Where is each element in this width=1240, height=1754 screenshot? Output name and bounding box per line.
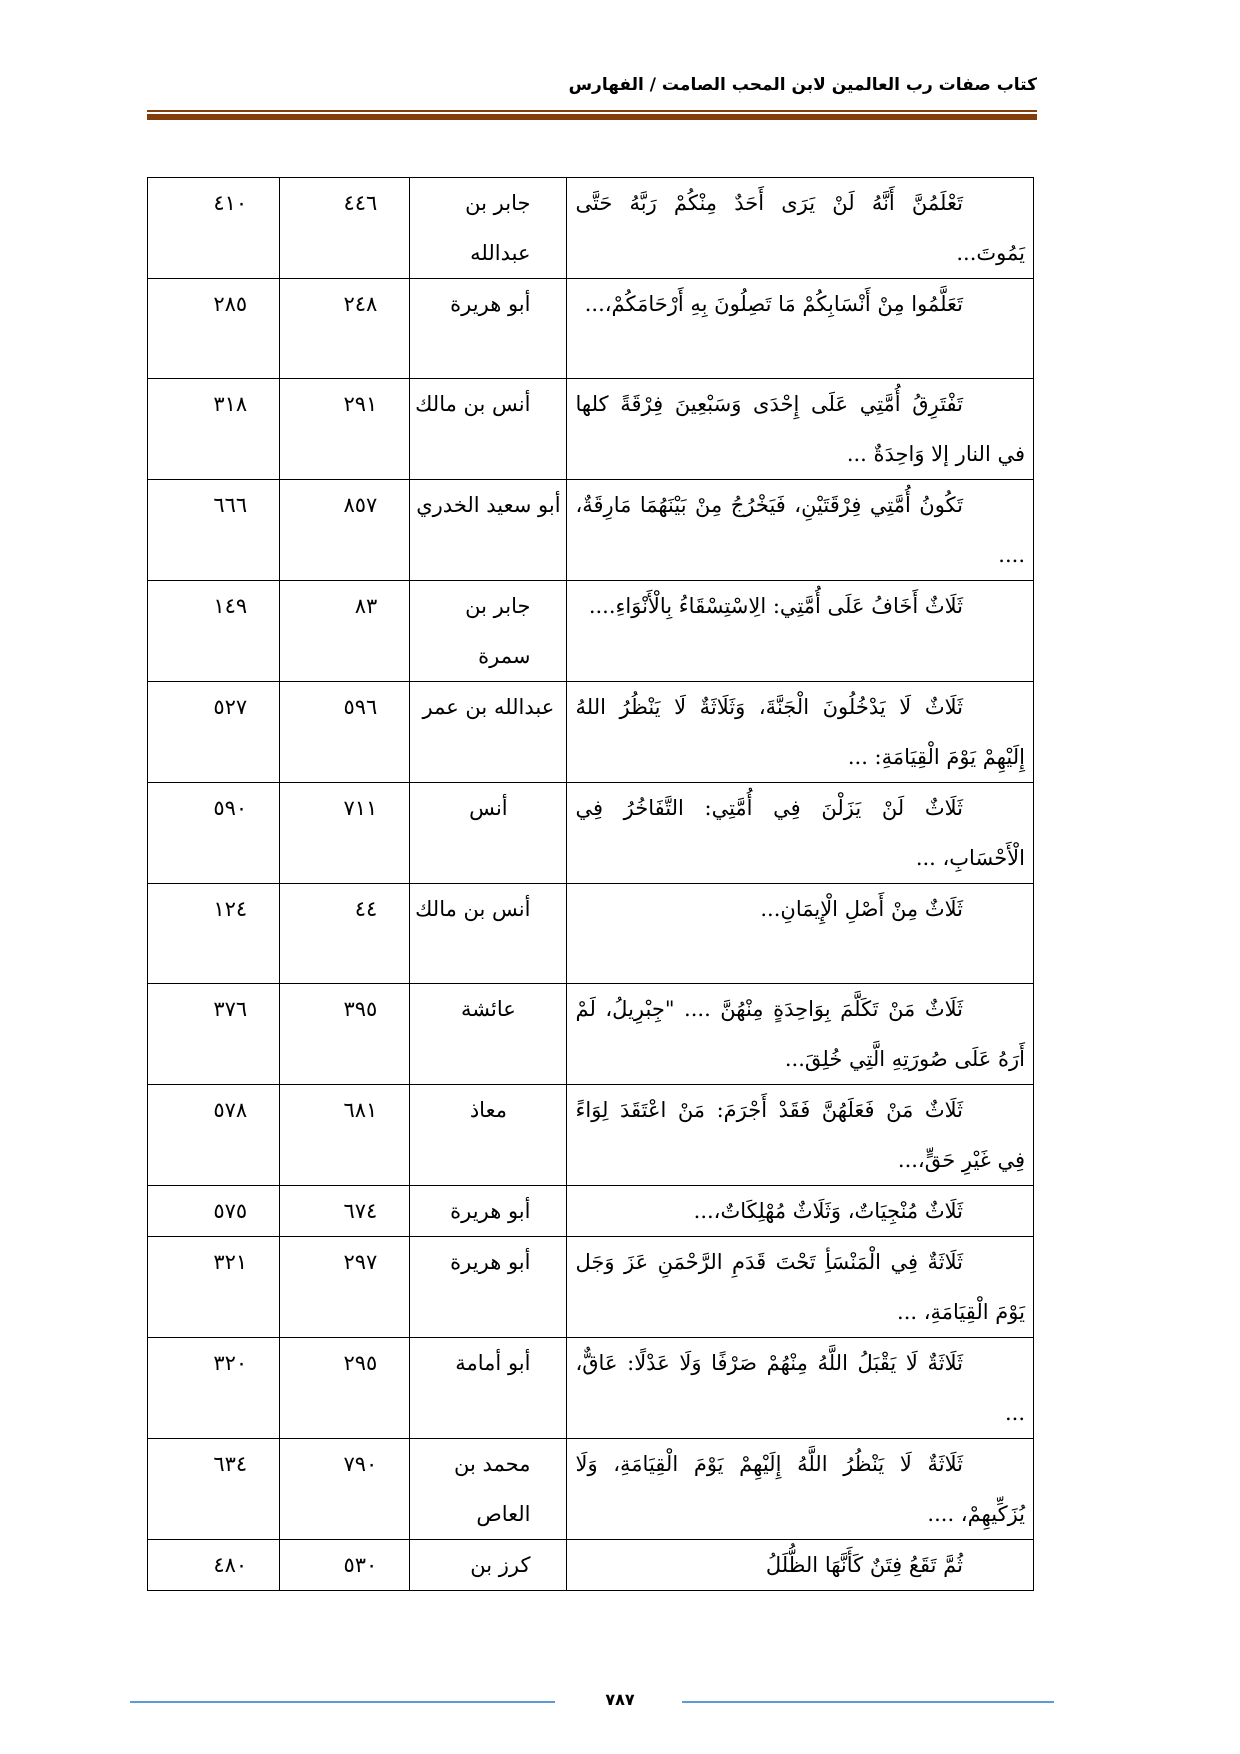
hadith-text: ثَلَاثَةٌ لَا يَقْبَلُ اللَّهُ مِنْهُمْ … [575,1351,1025,1425]
hadith-number: ٧٩٠ [343,1452,377,1476]
hadith-text: تَكُونُ أُمَّتِي فِرْقَتَيْنِ، فَيَخْرُج… [575,493,1025,567]
narrator-cell: عائشة [410,984,567,1085]
hadith-number: ٥٣٠ [343,1553,377,1577]
page-ref-cell: ٦٦٦ [148,480,280,581]
page-ref-cell: ٣٢١ [148,1237,280,1338]
hadith-number-cell: ٧١١ [280,783,410,884]
page-ref: ٤٨٠ [213,1553,247,1577]
narrator-cell: كرز بن [410,1540,567,1591]
page-ref-cell: ٣١٨ [148,379,280,480]
running-header-title: كتاب صفات رب العالمين لابن المحب الصامت … [147,72,1037,98]
page-ref-cell: ٤٨٠ [148,1540,280,1591]
narrator-name: معاذ [470,1098,507,1122]
hadith-number: ٢٩١ [343,392,377,416]
hadith-text: ثَلَاثٌ مَنْ فَعَلَهُنَّ فَقَدْ أَجْرَمَ… [575,1098,1025,1172]
page-ref: ٤١٠ [213,191,247,215]
hadith-text: ثَلَاثَةٌ لَا يَنْظُرُ اللَّهُ إِلَيْهِم… [575,1452,1025,1526]
hadith-number-cell: ٢٤٨ [280,279,410,379]
hadith-text: ثُمَّ تَقَعُ فِتَنٌ كَأَنَّهَا الظُّلَلُ [766,1553,963,1577]
narrator-name: عبدالله بن عمر [423,695,555,719]
page-footer: ٧٨٧ [0,1690,1240,1710]
page-ref: ١٤٩ [213,594,247,618]
narrator-name: أنس بن مالك [415,392,530,416]
page-ref-cell: ٥٢٧ [148,682,280,783]
hadith-number: ٦٧٤ [343,1199,377,1223]
page-ref: ١٢٤ [213,897,247,921]
hadith-text: تَعْلَمُنَّ أَنَّهُ لَنْ يَرَى أَحَدٌ مِ… [575,191,1025,265]
hadith-text-cell: ثُمَّ تَقَعُ فِتَنٌ كَأَنَّهَا الظُّلَلُ [567,1540,1034,1591]
hadith-number-cell: ٤٤ [280,884,410,984]
hadith-text-cell: تَعَلَّمُوا مِنْ أَنْسَابِكُمْ مَا تَصِل… [567,279,1034,379]
hadith-number-cell: ٧٩٠ [280,1439,410,1540]
page-ref: ٢٨٥ [213,292,247,316]
hadith-number: ٤٤٦ [343,191,377,215]
hadith-text: تَعَلَّمُوا مِنْ أَنْسَابِكُمْ مَا تَصِل… [585,292,963,316]
narrator-cell: أنس بن مالك [410,379,567,480]
narrator-name: محمد بن العاص [454,1452,530,1526]
hadith-text-cell: ثَلَاثٌ مِنْ أَصْلِ الْإِيمَانِ... [567,884,1034,984]
narrator-name: أبو سعيد الخدري [416,493,560,517]
hadith-text: ثَلَاثٌ لَنْ يَزَلْنَ فِي أُمَّتِي: التَ… [575,796,1025,870]
narrator-cell: معاذ [410,1085,567,1186]
page-ref: ٣٢١ [213,1250,247,1274]
page-ref: ٣١٨ [213,392,247,416]
narrator-cell: جابر بن سمرة [410,581,567,682]
page-ref-cell: ١٤٩ [148,581,280,682]
table-row: ثَلَاثٌ أَخَافُ عَلَى أُمَّتِي: الِاسْتِ… [148,581,1034,682]
narrator-cell: أنس بن مالك [410,884,567,984]
hadith-text: ثَلَاثٌ مِنْ أَصْلِ الْإِيمَانِ... [760,897,963,921]
page-ref-cell: ٤١٠ [148,178,280,279]
narrator-name: كرز بن [470,1553,530,1577]
hadith-text-cell: تَعْلَمُنَّ أَنَّهُ لَنْ يَرَى أَحَدٌ مِ… [567,178,1034,279]
page-ref: ٥٩٠ [213,796,247,820]
table-row: تَفْتَرِقُ أُمَّتِي عَلَى إِحْدَى وَسَبْ… [148,379,1034,480]
hadith-number-cell: ٤٤٦ [280,178,410,279]
hadith-number-cell: ٢٩١ [280,379,410,480]
page-ref-cell: ٥٩٠ [148,783,280,884]
page-ref: ٦٣٤ [213,1452,247,1476]
page-number: ٧٨٧ [570,1690,670,1710]
hadith-text-cell: ثَلَاثَةٌ فِي الْمَنْسَأِ تَحْتَ قَدَمِ … [567,1237,1034,1338]
hadith-number-cell: ٢٩٧ [280,1237,410,1338]
header-rule-thick [147,114,1037,120]
hadith-text-cell: ثَلَاثٌ مَنْ تَكَلَّمَ بِوَاحِدَةٍ مِنْه… [567,984,1034,1085]
page-ref-cell: ٣٧٦ [148,984,280,1085]
hadith-number-cell: ٦٧٤ [280,1186,410,1237]
narrator-name: أبو أمامة [455,1351,530,1375]
narrator-name: أبو هريرة [450,1199,530,1223]
narrator-name: أنس [469,796,507,820]
page-ref: ٣٢٠ [213,1351,247,1375]
hadith-number-cell: ٥٣٠ [280,1540,410,1591]
narrator-name: أنس بن مالك [415,897,530,921]
header-rule-thin [147,110,1037,112]
hadith-number-cell: ٣٩٥ [280,984,410,1085]
hadith-number: ٧١١ [343,796,377,820]
narrator-cell: أبو هريرة [410,1237,567,1338]
table-row: تَعَلَّمُوا مِنْ أَنْسَابِكُمْ مَا تَصِل… [148,279,1034,379]
hadith-number-cell: ٦٨١ [280,1085,410,1186]
page-ref-cell: ١٢٤ [148,884,280,984]
hadith-number: ٣٩٥ [343,997,377,1021]
narrator-name: أبو هريرة [450,292,530,316]
page-ref: ٦٦٦ [213,493,247,517]
narrator-cell: محمد بن العاص [410,1439,567,1540]
hadith-number-cell: ٨٣ [280,581,410,682]
hadith-text: ثَلَاثَةٌ فِي الْمَنْسَأِ تَحْتَ قَدَمِ … [575,1250,1025,1324]
page-ref-cell: ٢٨٥ [148,279,280,379]
hadith-text-cell: تَكُونُ أُمَّتِي فِرْقَتَيْنِ، فَيَخْرُج… [567,480,1034,581]
narrator-cell: أبو هريرة [410,279,567,379]
footer-rule-right [682,1701,1054,1703]
hadith-number: ٨٣ [355,594,378,618]
page-ref-cell: ٥٧٥ [148,1186,280,1237]
hadith-index-table: تَعْلَمُنَّ أَنَّهُ لَنْ يَرَى أَحَدٌ مِ… [147,177,1034,1591]
hadith-number-cell: ٥٩٦ [280,682,410,783]
hadith-text-cell: ثَلَاثَةٌ لَا يَنْظُرُ اللَّهُ إِلَيْهِم… [567,1439,1034,1540]
table-row: ثَلَاثٌ مَنْ تَكَلَّمَ بِوَاحِدَةٍ مِنْه… [148,984,1034,1085]
table-row: ثَلَاثٌ لَنْ يَزَلْنَ فِي أُمَّتِي: التَ… [148,783,1034,884]
hadith-number: ٢٩٥ [343,1351,377,1375]
narrator-cell: أبو سعيد الخدري [410,480,567,581]
narrator-cell: عبدالله بن عمر [410,682,567,783]
table-row: ثَلَاثَةٌ لَا يَنْظُرُ اللَّهُ إِلَيْهِم… [148,1439,1034,1540]
page-ref-cell: ٦٣٤ [148,1439,280,1540]
hadith-number: ٦٨١ [343,1098,377,1122]
hadith-text-cell: تَفْتَرِقُ أُمَّتِي عَلَى إِحْدَى وَسَبْ… [567,379,1034,480]
narrator-name: جابر بن عبدالله [465,191,530,265]
page-ref-cell: ٣٢٠ [148,1338,280,1439]
hadith-text: تَفْتَرِقُ أُمَّتِي عَلَى إِحْدَى وَسَبْ… [575,392,1025,466]
narrator-cell: جابر بن عبدالله [410,178,567,279]
hadith-text-cell: ثَلَاثَةٌ لَا يَقْبَلُ اللَّهُ مِنْهُمْ … [567,1338,1034,1439]
table-row: تَكُونُ أُمَّتِي فِرْقَتَيْنِ، فَيَخْرُج… [148,480,1034,581]
table-row: ثَلَاثٌ مُنْجِيَاتٌ، وَثَلَاثٌ مُهْلِكَا… [148,1186,1034,1237]
hadith-text-cell: ثَلَاثٌ لَا يَدْخُلُونَ الْجَنَّةَ، وَثَ… [567,682,1034,783]
hadith-text: ثَلَاثٌ مُنْجِيَاتٌ، وَثَلَاثٌ مُهْلِكَا… [694,1199,963,1223]
page-ref: ٥٢٧ [213,695,247,719]
narrator-name: جابر بن سمرة [465,594,530,668]
hadith-text: ثَلَاثٌ مَنْ تَكَلَّمَ بِوَاحِدَةٍ مِنْه… [575,997,1025,1071]
hadith-text: ثَلَاثٌ أَخَافُ عَلَى أُمَّتِي: الِاسْتِ… [589,594,963,618]
hadith-text: ثَلَاثٌ لَا يَدْخُلُونَ الْجَنَّةَ، وَثَ… [575,695,1025,769]
hadith-text-cell: ثَلَاثٌ لَنْ يَزَلْنَ فِي أُمَّتِي: التَ… [567,783,1034,884]
table-body: تَعْلَمُنَّ أَنَّهُ لَنْ يَرَى أَحَدٌ مِ… [148,178,1034,1591]
page-ref: ٣٧٦ [213,997,247,1021]
table-row: ثَلَاثَةٌ لَا يَقْبَلُ اللَّهُ مِنْهُمْ … [148,1338,1034,1439]
hadith-number: ٥٩٦ [343,695,377,719]
narrator-cell: أنس [410,783,567,884]
narrator-name: أبو هريرة [450,1250,530,1274]
table-row: ثَلَاثٌ مِنْ أَصْلِ الْإِيمَانِ...أنس بن… [148,884,1034,984]
hadith-number-cell: ٨٥٧ [280,480,410,581]
table-row: تَعْلَمُنَّ أَنَّهُ لَنْ يَرَى أَحَدٌ مِ… [148,178,1034,279]
narrator-name: عائشة [461,997,516,1021]
narrator-cell: أبو هريرة [410,1186,567,1237]
hadith-number-cell: ٢٩٥ [280,1338,410,1439]
hadith-number: ٨٥٧ [343,493,377,517]
table-row: ثَلَاثٌ لَا يَدْخُلُونَ الْجَنَّةَ، وَثَ… [148,682,1034,783]
page-ref-cell: ٥٧٨ [148,1085,280,1186]
hadith-number: ٢٤٨ [343,292,377,316]
footer-rule-left [130,1701,555,1703]
page-ref: ٥٧٨ [213,1098,247,1122]
page-ref: ٥٧٥ [213,1199,247,1223]
hadith-number: ٤٤ [355,897,378,921]
hadith-number: ٢٩٧ [343,1250,377,1274]
narrator-cell: أبو أمامة [410,1338,567,1439]
hadith-text-cell: ثَلَاثٌ مَنْ فَعَلَهُنَّ فَقَدْ أَجْرَمَ… [567,1085,1034,1186]
table-row: ثَلَاثٌ مَنْ فَعَلَهُنَّ فَقَدْ أَجْرَمَ… [148,1085,1034,1186]
table-row: ثَلَاثَةٌ فِي الْمَنْسَأِ تَحْتَ قَدَمِ … [148,1237,1034,1338]
table-row: ثُمَّ تَقَعُ فِتَنٌ كَأَنَّهَا الظُّلَلُ… [148,1540,1034,1591]
hadith-text-cell: ثَلَاثٌ مُنْجِيَاتٌ، وَثَلَاثٌ مُهْلِكَا… [567,1186,1034,1237]
hadith-text-cell: ثَلَاثٌ أَخَافُ عَلَى أُمَّتِي: الِاسْتِ… [567,581,1034,682]
